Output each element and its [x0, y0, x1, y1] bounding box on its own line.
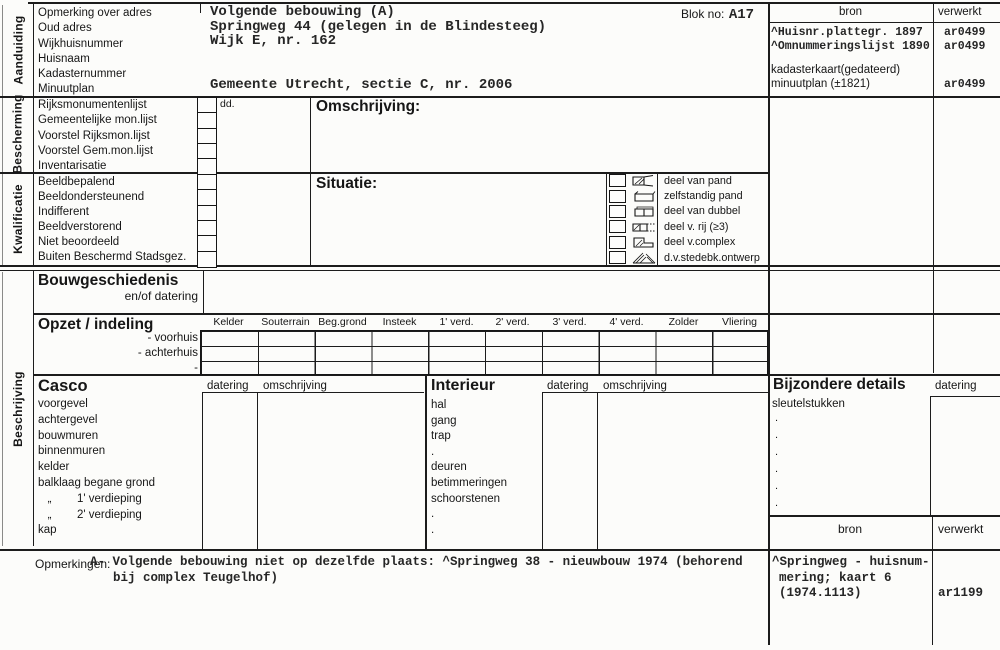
- opzet-row-labels: - voorhuis - achterhuis -: [90, 331, 198, 376]
- dd-label: dd.: [220, 98, 235, 110]
- column-header: omschrijving: [263, 379, 327, 394]
- divider-line: [930, 396, 1000, 397]
- column-header: datering: [547, 379, 589, 394]
- kadaster-typed-line: Gemeente Utrecht, sectie C, nr. 2006: [210, 78, 512, 93]
- kwalificatie-checkboxes: [197, 174, 217, 268]
- checkbox: [609, 190, 626, 203]
- row-label: balklaag begane grond: [38, 476, 155, 492]
- building-type-label: deel v. rij (≥3): [664, 221, 729, 233]
- list-item: Beeldbepalend: [38, 175, 186, 190]
- list-item: Niet beoordeeld: [38, 235, 186, 250]
- divider-line: [542, 392, 543, 550]
- column-header: 1' verd.: [428, 316, 485, 328]
- divider-line: [606, 172, 607, 265]
- bron-cell: ^Huisnr.plattegr. 1897: [771, 26, 923, 40]
- list-item: Voorstel Rijksmon.lijst: [38, 129, 157, 144]
- typed-line: Volgende bebouwing (A): [210, 5, 546, 20]
- row-label: voorgevel: [38, 397, 155, 413]
- deel-van-pand-icon: [631, 174, 658, 187]
- list-item: Indifferent: [38, 205, 186, 220]
- divider-line: [0, 549, 1000, 551]
- typed-line: (1974.1113): [772, 586, 930, 602]
- divider-line: [933, 2, 934, 373]
- opzet-grid: [200, 330, 768, 375]
- checkbox: [609, 174, 626, 187]
- column-header: Insteek: [371, 316, 428, 328]
- casco-rows: voorgevel achtergevel bouwmuren binnenmu…: [38, 397, 155, 539]
- building-type-row: deel v. rij (≥3): [609, 219, 760, 234]
- section-label-text: Beschrijving: [11, 371, 25, 447]
- casco-header: Casco: [38, 377, 88, 396]
- verwerkt-column-header: verwerkt: [938, 5, 981, 20]
- aanduiding-field-labels: Opmerking over adres Oud adres Wijkhuisn…: [38, 6, 152, 98]
- divider-line: [932, 515, 933, 645]
- column-header: datering: [207, 379, 249, 394]
- interieur-header: Interieur: [431, 377, 495, 395]
- building-type-block: deel van pand zelfstandig pand deel van …: [609, 173, 760, 265]
- typed-line: Wijk E, nr. 162: [210, 34, 546, 49]
- typed-line: Springweg 44 (gelegen in de Blindesteeg): [210, 20, 546, 35]
- address-typed-block: Volgende bebouwing (A) Springweg 44 (gel…: [210, 5, 546, 49]
- list-item: Inventarisatie: [38, 159, 157, 174]
- column-header: 3' verd.: [541, 316, 598, 328]
- blok-no: Blok no: A17: [681, 5, 754, 23]
- row-label: kelder: [38, 460, 155, 476]
- zelfstandig-pand-icon: [631, 190, 658, 203]
- dot: .: [775, 461, 778, 478]
- checkbox: [609, 205, 626, 218]
- divider-line: [33, 2, 34, 265]
- checkbox: [609, 220, 626, 233]
- divider-line: [597, 392, 598, 550]
- building-type-row: deel van pand: [609, 173, 760, 188]
- divider-line: [768, 22, 1000, 23]
- checkbox: [197, 251, 217, 268]
- interieur-rows: hal gang trap . deuren betimmeringen sch…: [431, 398, 507, 538]
- row-label: bouwmuren: [38, 429, 155, 445]
- divider-line: [310, 96, 311, 266]
- row-label: kap: [38, 523, 155, 539]
- divider-line: [257, 392, 258, 550]
- checkbox: [197, 158, 217, 175]
- verwerkt-cell: ar0499: [944, 78, 985, 92]
- dot: .: [775, 427, 778, 444]
- verwerkt-cell: ar0499: [944, 26, 985, 40]
- typed-line: A- Volgende bebouwing niet op dezelfde p…: [90, 555, 743, 571]
- column-header: datering: [935, 379, 977, 394]
- divider-line: [203, 271, 204, 314]
- bijzondere-details-header: Bijzondere details: [773, 376, 906, 394]
- section-label-text: Bescherming: [11, 94, 25, 173]
- dot-rows: . . . . . .: [775, 410, 778, 512]
- bron-column-header: bron: [768, 522, 932, 537]
- divider-line: [28, 2, 1000, 4]
- checkbox: [609, 251, 626, 264]
- building-type-label: d.v.stedebk.ontwerp: [664, 252, 760, 264]
- divider-line: [202, 392, 203, 550]
- omschrijving-header: Omschrijving:: [316, 98, 420, 116]
- row-label: - achterhuis: [90, 346, 198, 361]
- dot: .: [775, 495, 778, 512]
- row-label: hal: [431, 398, 507, 414]
- section-label-beschrijving: Beschrijving: [3, 272, 33, 545]
- verwerkt-cell: ar1199: [938, 586, 983, 602]
- field-label: Opmerking over adres: [38, 6, 152, 21]
- bouwgeschiedenis-subtitle: en/of datering: [60, 289, 198, 303]
- list-item: Voorstel Gem.mon.lijst: [38, 144, 157, 159]
- column-header: 2' verd.: [484, 316, 541, 328]
- bescherming-items: Rijksmonumentenlijst Gemeentelijke mon.l…: [38, 98, 157, 174]
- row-label: -: [90, 361, 198, 376]
- list-item: Gemeentelijke mon.lijst: [38, 113, 157, 128]
- bron-cell: kadasterkaart(gedateerd): [771, 63, 900, 78]
- stedebouwkundig-ontwerp-icon: [631, 251, 658, 264]
- divider-line: [425, 374, 427, 550]
- row-label: „ 2' verdieping: [38, 508, 155, 524]
- building-type-row: deel van dubbel: [609, 204, 760, 219]
- column-header: omschrijving: [603, 379, 667, 394]
- deel-v-complex-icon: [631, 236, 658, 249]
- list-item: Rijksmonumentenlijst: [38, 98, 157, 113]
- building-type-label: zelfstandig pand: [664, 190, 743, 202]
- list-item: Beeldondersteunend: [38, 190, 186, 205]
- row-label: achtergevel: [38, 413, 155, 429]
- bron-cell: minuutplan (±1821): [771, 77, 870, 92]
- field-label: Oud adres: [38, 21, 152, 36]
- section-label-text: Aanduiding: [11, 15, 25, 84]
- building-type-label: deel v.complex: [664, 236, 735, 248]
- divider-line: [0, 270, 1000, 272]
- typed-line: bij complex Teugelhof): [113, 571, 278, 587]
- bron-cell: ^Omnummeringslijst 1890: [771, 40, 930, 54]
- verwerkt-cell: ar0499: [944, 40, 985, 54]
- bouwgeschiedenis-header: Bouwgeschiedenis: [38, 272, 178, 290]
- row-label: schoorstenen: [431, 492, 507, 508]
- list-item: Beeldverstorend: [38, 220, 186, 235]
- row-label: - voorhuis: [90, 331, 198, 346]
- building-type-row: zelfstandig pand: [609, 188, 760, 203]
- bron-typed-block: ^Springweg - huisnum- mering; kaart 6 (1…: [772, 555, 930, 602]
- section-label-text: Kwalificatie: [11, 184, 25, 254]
- row-label: trap: [431, 429, 507, 445]
- column-header: Beg.grond: [314, 316, 371, 328]
- checkbox: [609, 236, 626, 249]
- row-label: betimmeringen: [431, 476, 507, 492]
- row-label: .: [431, 507, 507, 523]
- column-header: Vliering: [711, 316, 768, 328]
- kwalificatie-items: Beeldbepalend Beeldondersteunend Indiffe…: [38, 175, 186, 266]
- deel-van-dubbel-icon: [631, 205, 658, 218]
- typed-line: ^Springweg - huisnum-: [772, 555, 930, 571]
- building-type-row: d.v.stedebk.ontwerp: [609, 250, 760, 265]
- field-label: Kadasternummer: [38, 67, 152, 82]
- blok-label: Blok no:: [681, 7, 724, 21]
- field-label: Huisnaam: [38, 52, 152, 67]
- building-type-row: deel v.complex: [609, 235, 760, 250]
- situatie-header: Situatie:: [316, 175, 377, 193]
- deel-v-rij-icon: [631, 220, 658, 233]
- building-type-label: deel van dubbel: [664, 205, 740, 217]
- typed-line: mering; kaart 6: [772, 571, 930, 587]
- divider-line: [930, 396, 931, 515]
- column-header: Souterrain: [257, 316, 314, 328]
- dot: .: [775, 478, 778, 495]
- building-type-label: deel van pand: [664, 175, 732, 187]
- row-label: sleutelstukken: [772, 397, 845, 412]
- row-label: „ 1' verdieping: [38, 492, 155, 508]
- column-header: 4' verd.: [598, 316, 655, 328]
- field-label: Wijkhuisnummer: [38, 37, 152, 52]
- divider-line: [33, 313, 1000, 315]
- section-label-aanduiding: Aanduiding: [3, 4, 33, 95]
- row-label: gang: [431, 414, 507, 430]
- monument-inventory-form: Aanduiding Bescherming Kwalificatie Besc…: [0, 0, 1000, 650]
- row-label: binnenmuren: [38, 444, 155, 460]
- row-label: deuren: [431, 460, 507, 476]
- row-label: .: [431, 445, 507, 461]
- column-header: Zolder: [655, 316, 712, 328]
- column-header: Kelder: [200, 316, 257, 328]
- divider-line: [200, 2, 201, 13]
- dot: .: [775, 444, 778, 461]
- section-label-kwalificatie: Kwalificatie: [3, 173, 33, 264]
- bron-column-header: bron: [768, 5, 933, 20]
- dot: .: [775, 410, 778, 427]
- row-label: .: [431, 523, 507, 539]
- section-label-bescherming: Bescherming: [3, 97, 33, 171]
- divider-line: [768, 515, 1000, 517]
- list-item: Buiten Beschermd Stadsgez.: [38, 250, 186, 265]
- bescherming-checkboxes: [197, 97, 217, 175]
- verwerkt-column-header: verwerkt: [938, 522, 983, 537]
- blok-value: A17: [729, 7, 754, 23]
- field-label: Minuutplan: [38, 82, 152, 97]
